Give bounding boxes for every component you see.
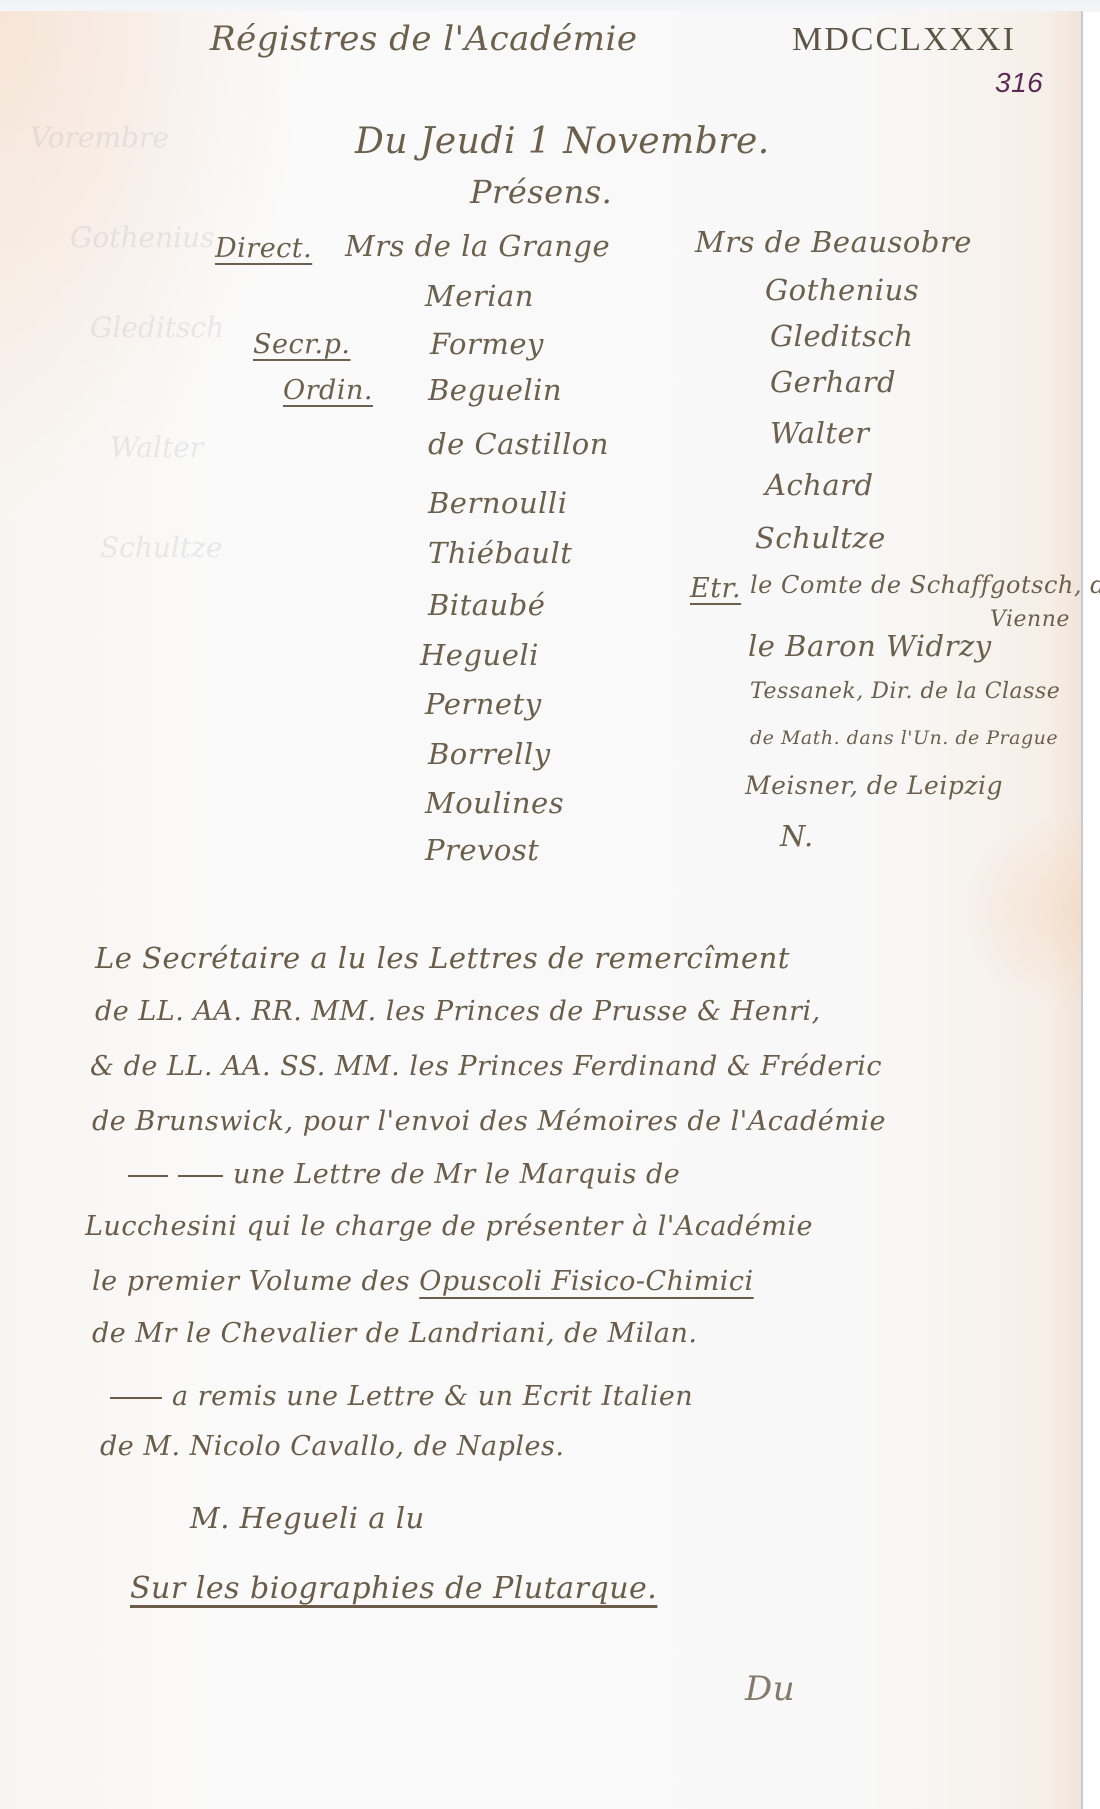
- ditto-dash: [110, 1397, 162, 1399]
- present-heading: Présens.: [470, 173, 612, 211]
- role-label-secretary: Secr.p.: [253, 329, 351, 360]
- minutes-line: de M. Nicolo Cavallo, de Naples.: [100, 1431, 564, 1462]
- year-roman: MDCCLXXXI: [792, 21, 1016, 59]
- minutes-line: le premier Volume des Opuscoli Fisico-Ch…: [92, 1266, 754, 1297]
- member-name: Walter: [770, 416, 870, 450]
- role-label-ordinary: Ordin.: [283, 375, 373, 406]
- member-affiliation: de Math. dans l'Un. de Prague: [750, 727, 1058, 749]
- book-title-underlined: Opuscoli Fisico-Chimici: [419, 1266, 753, 1297]
- member-name: N.: [780, 819, 814, 853]
- minutes-text: une Lettre de Mr le Marquis de: [233, 1159, 680, 1190]
- minutes-line: Le Secrétaire a lu les Lettres de remerc…: [95, 941, 790, 975]
- member-name: Gerhard: [770, 365, 896, 399]
- member-name: Mrs de la Grange: [345, 229, 610, 263]
- member-name: Beguelin: [428, 373, 562, 407]
- session-date: Du Jeudi 1 Novembre.: [355, 121, 770, 162]
- member-name: Achard: [765, 468, 874, 502]
- minutes-text: le premier Volume des: [92, 1266, 419, 1297]
- member-name: Moulines: [425, 786, 564, 820]
- member-name: Tessanek, Dir. de la Classe: [750, 679, 1060, 704]
- member-name: Mrs de Beausobre: [695, 225, 972, 259]
- manuscript-page: ​Vorembre Gothenius Gleditsch Walter Sch…: [0, 11, 1083, 1809]
- minutes-text: a remis une Lettre & un Ecrit Italien: [172, 1381, 693, 1412]
- member-name: Bernoulli: [428, 486, 567, 520]
- minutes-line: a remis une Lettre & un Ecrit Italien: [110, 1381, 693, 1412]
- minutes-line: une Lettre de Mr le Marquis de: [128, 1159, 680, 1190]
- bleed-through-text: Gothenius: [70, 221, 214, 254]
- member-name: Meisner, de Leipzig: [745, 771, 1003, 800]
- minutes-line: Lucchesini qui le charge de présenter à …: [85, 1211, 813, 1242]
- role-label-director: Direct.: [215, 233, 312, 264]
- member-name: Bitaubé: [428, 588, 545, 622]
- member-name: Schultze: [755, 521, 886, 555]
- member-name: le Baron Widrzy: [748, 629, 992, 663]
- member-name: Merian: [425, 279, 534, 313]
- member-name: Borrelly: [428, 737, 551, 771]
- member-name: Formey: [430, 327, 544, 361]
- ditto-dash: [128, 1175, 168, 1177]
- bleed-through-text: Schultze: [100, 531, 222, 564]
- bleed-through-text: Walter: [110, 431, 203, 464]
- paper-title-underlined: Sur les biographies de Plutarque.: [130, 1571, 657, 1606]
- minutes-line: M. Hegueli a lu: [190, 1501, 425, 1535]
- bleed-through-text: Gleditsch: [90, 311, 224, 344]
- register-title: Régistres de l'Académie: [210, 19, 638, 59]
- member-name: Prevost: [425, 833, 539, 867]
- member-location: Vienne: [990, 607, 1070, 632]
- member-name: Thiébault: [428, 536, 572, 570]
- member-name: Gleditsch: [770, 319, 913, 353]
- member-name: Hegueli: [420, 638, 539, 672]
- folio-number: 316: [995, 67, 1043, 99]
- member-name: Gothenius: [765, 273, 919, 307]
- minutes-line: de LL. AA. RR. MM. les Princes de Prusse…: [95, 996, 821, 1027]
- member-name: le Comte de Schaffgotsch, de: [750, 571, 1100, 599]
- role-label-foreign: Etr.: [690, 573, 741, 604]
- minutes-line: & de LL. AA. SS. MM. les Princes Ferdina…: [90, 1051, 882, 1082]
- bleed-through-text: ​Vorembre: [30, 121, 169, 154]
- catchword: Du: [745, 1669, 795, 1709]
- member-name: de Castillon: [428, 427, 609, 461]
- minutes-line: de Brunswick, pour l'envoi des Mémoires …: [92, 1106, 886, 1137]
- minutes-line: de Mr le Chevalier de Landriani, de Mila…: [92, 1318, 698, 1349]
- ditto-dash: [178, 1175, 223, 1177]
- member-name: Pernety: [425, 687, 542, 721]
